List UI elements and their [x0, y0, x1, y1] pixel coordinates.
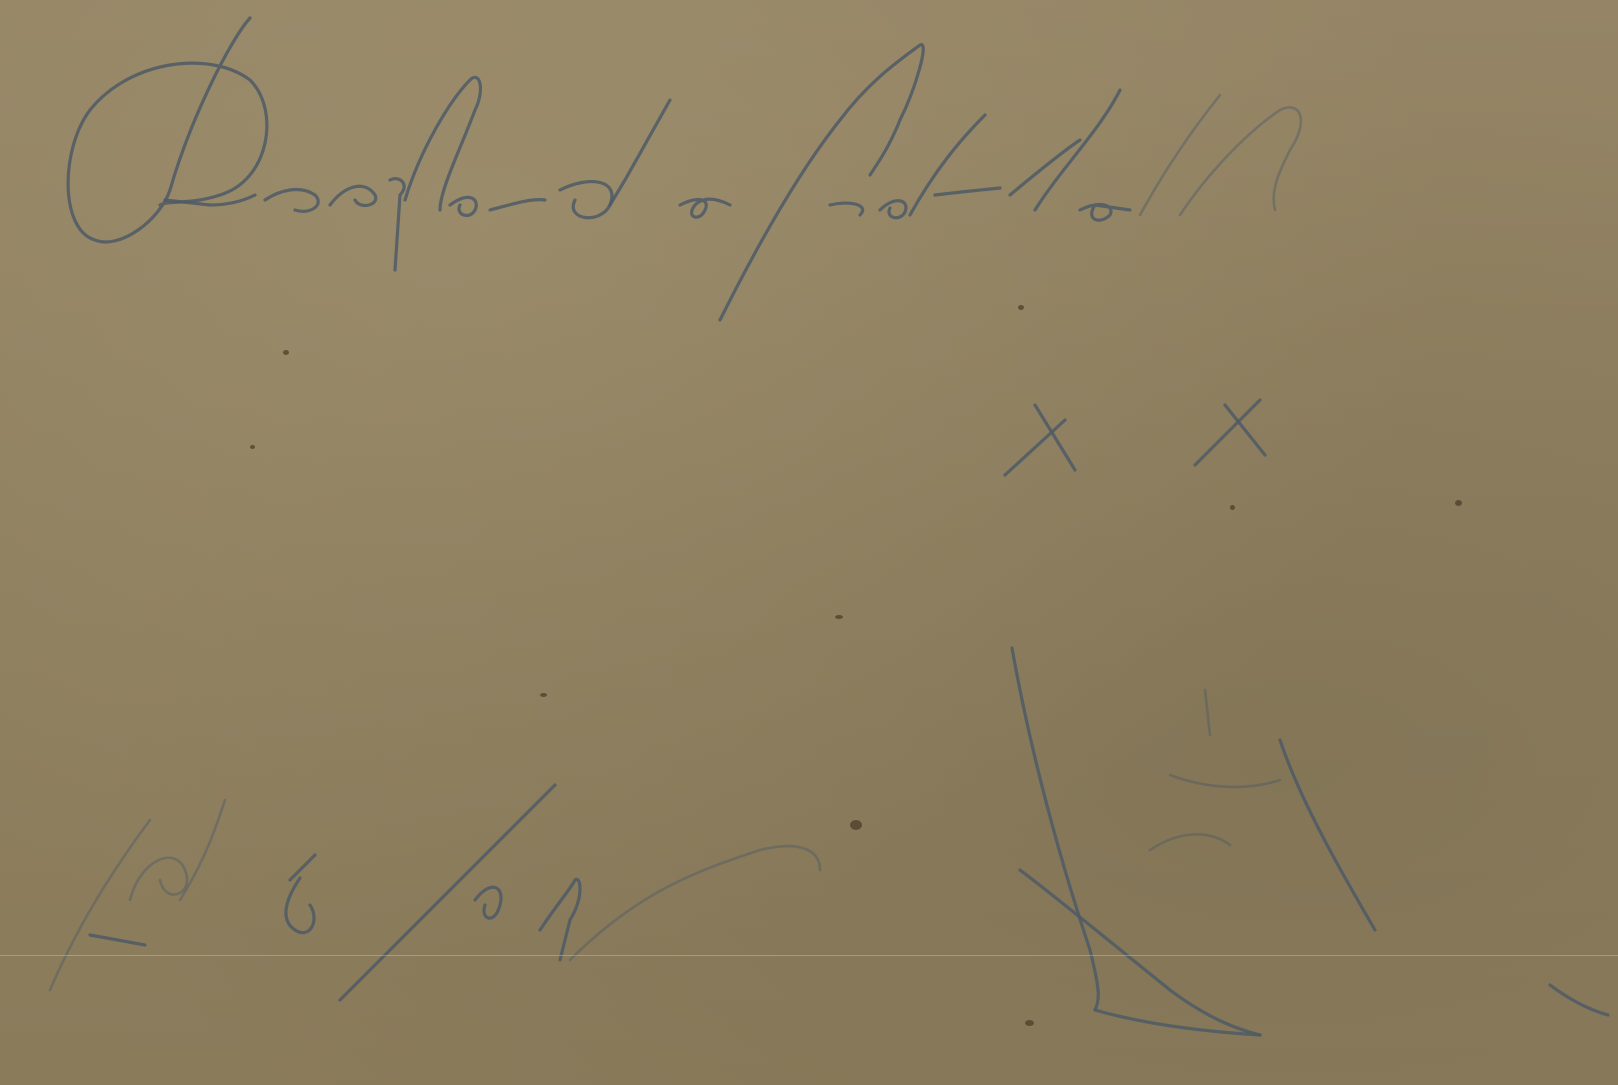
paper-speck — [540, 693, 547, 697]
paper-speck — [1230, 505, 1235, 510]
handwritten-word-de — [560, 100, 730, 218]
paper-speck — [835, 615, 843, 619]
x-mark-1 — [1005, 405, 1075, 475]
handwritten-word-desafio — [68, 18, 545, 270]
paper-speck — [250, 445, 255, 449]
paper-speck — [1025, 1020, 1034, 1026]
stray-pencil-mark — [1550, 985, 1608, 1015]
x-mark-2 — [1195, 400, 1265, 465]
handwritten-word-foot — [720, 45, 1000, 320]
handwritten-sketch — [1012, 648, 1375, 1035]
kraft-paper-sheet: Desafio de foot-ball x x 5/92 line drawi… — [0, 0, 1618, 1085]
paper-speck — [1455, 500, 1462, 506]
handwritten-word-ball — [1010, 90, 1301, 220]
handwritten-date — [50, 785, 820, 1000]
paper-speck — [1018, 305, 1024, 310]
paper-fold-line — [0, 955, 1618, 956]
paper-speck — [850, 820, 862, 830]
handwriting-layer — [0, 0, 1618, 1085]
paper-speck — [283, 350, 289, 355]
